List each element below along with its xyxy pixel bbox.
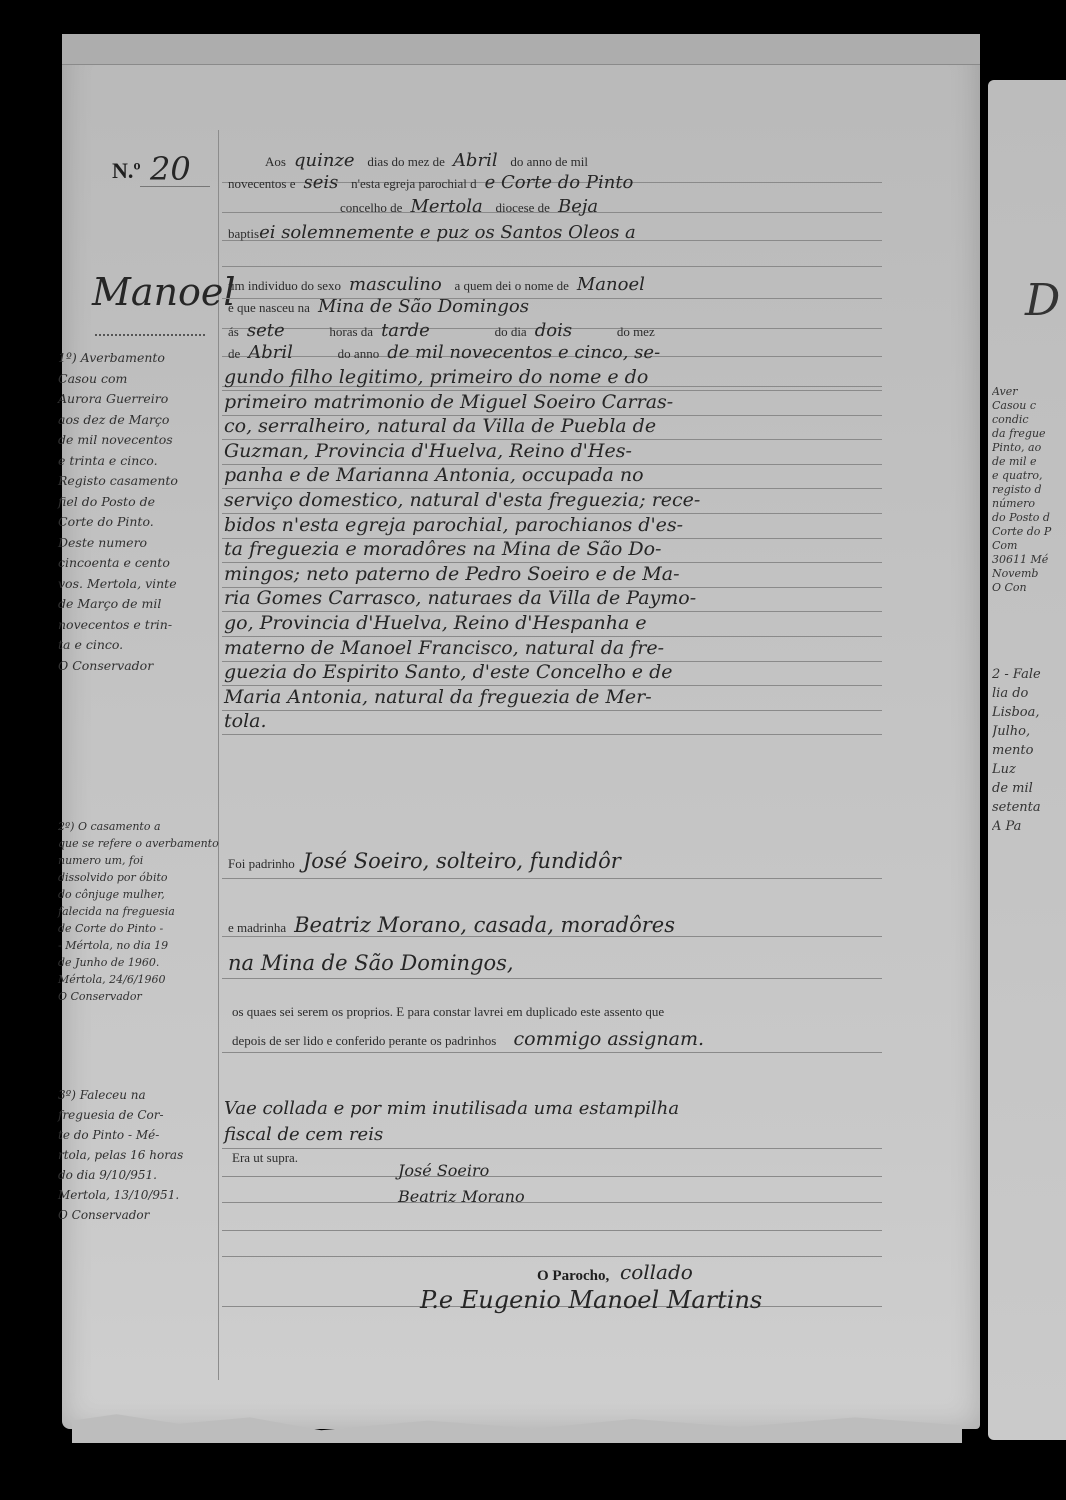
birth-day-field: dois — [527, 320, 612, 341]
margin-annotation-line: de mil novecentos — [58, 430, 223, 451]
handwritten-text: bidos n'esta egreja parochial, parochian… — [224, 514, 691, 536]
adjacent-page-note-a: Aver Casou c condic da fregue Pinto, ao … — [992, 385, 1066, 595]
stamp-note-text: fiscal de cem reis — [224, 1124, 391, 1145]
margin-annotation-line: de Junho de 1960. — [58, 954, 223, 971]
printed-label: diocese de — [495, 200, 550, 215]
municipality-field: Mertola — [402, 196, 490, 217]
margin-annotation-line: do dia 9/10/951. — [58, 1165, 223, 1185]
margin-annotation-line: dissolvido por óbito — [58, 869, 223, 886]
stamp-note-text: Vae collada e por mim inutilisada uma es… — [224, 1098, 687, 1119]
adjacent-page-header-letter: D — [1025, 275, 1060, 326]
margin-annotation-line: - Mértola, no dia 19 — [58, 937, 223, 954]
margin-annotation-line: aos dez de Março — [58, 410, 223, 431]
year-field: seis — [296, 172, 347, 193]
godmother-line-1: e madrinhaBeatriz Morano, casada, moradô… — [228, 914, 883, 939]
godfather-signature: José Soeiro — [398, 1158, 525, 1184]
handwritten-text: Guzman, Provincia d'Huelva, Reino d'Hes- — [224, 440, 640, 462]
printed-label: ás — [228, 324, 239, 339]
body-text-line: ria Gomes Carrasco, naturaes da Villa de… — [224, 587, 879, 610]
margin-annotation-line: e trinta e cinco. — [58, 451, 223, 472]
month-field: Abril — [445, 150, 506, 171]
body-text-line: mingos; neto paterno de Pedro Soeiro e d… — [224, 563, 879, 586]
adjacent-page-note-b: 2 - Fale lia do Lisboa, Julho, mento Luz… — [992, 665, 1066, 836]
body-text-line: gundo filho legitimo, primeiro do nome e… — [224, 366, 879, 389]
handwritten-text: primeiro matrimonio de Miguel Soeiro Car… — [224, 391, 681, 413]
form-line-8: deAbril do annode mil novecentos e cinco… — [228, 342, 883, 365]
margin-annotation-line: de Corte do Pinto - — [58, 920, 223, 937]
handwritten-text: Maria Antonia, natural da freguezia de M… — [224, 686, 660, 708]
margin-annotation-line: O Conservador — [58, 1205, 223, 1225]
printed-label: do mez — [617, 324, 655, 339]
handwritten-text: panha e de Marianna Antonia, occupada no — [224, 464, 652, 486]
godmother-line-2: na Mina de São Domingos, — [228, 952, 883, 976]
page-torn-edge — [72, 1411, 962, 1443]
margin-annotation-line: Deste numero — [58, 533, 223, 554]
handwritten-text: mingos; neto paterno de Pedro Soeiro e d… — [224, 563, 688, 585]
ruled-line — [222, 1148, 882, 1149]
printed-label: a quem dei o nome de — [454, 278, 568, 293]
parish-priest-signature: P.e Eugenio Manoel Martins — [420, 1286, 762, 1314]
margin-annotation-line: te do Pinto - Mé- — [58, 1125, 223, 1145]
stamp-note-1: Vae collada e por mim inutilisada uma es… — [224, 1098, 879, 1120]
printed-label: dias do mez de — [367, 154, 445, 169]
margin-annotation-line: Mértola, 24/6/1960 — [58, 971, 223, 988]
body-text-line: Guzman, Provincia d'Huelva, Reino d'Hes- — [224, 440, 879, 463]
printed-label: e que nasceu na — [228, 300, 310, 315]
birth-hour-field: sete — [239, 320, 325, 341]
margin-annotation-line: freguesia de Cor- — [58, 1105, 223, 1125]
baptism-statement: ei solemnemente e puz os Santos Oleos a — [259, 222, 644, 243]
ruled-line — [222, 1176, 882, 1177]
form-line-3: concelho deMertola diocese deBeja — [340, 196, 995, 219]
closing-printed-text: depois de ser lido e conferido perante o… — [232, 1033, 496, 1048]
ruled-line — [222, 1230, 882, 1231]
margin-annotation-line: 2º) O casamento a — [58, 818, 223, 835]
form-line-4: baptisei solemnemente e puz os Santos Ol… — [228, 222, 883, 245]
body-text-line: serviço domestico, natural d'esta fregue… — [224, 489, 879, 512]
printed-label: do anno — [338, 346, 380, 361]
margin-annotation-line: falecida na freguesia — [58, 903, 223, 920]
ruled-line — [222, 1052, 882, 1053]
form-line-7: ássete horas datarde do diadois do mez — [228, 320, 883, 343]
day-field: quinze — [286, 150, 363, 171]
body-text-line: co, serralheiro, natural da Villa de Pue… — [224, 415, 879, 438]
parish-priest-title: collado — [620, 1260, 693, 1284]
ruled-line — [222, 266, 882, 267]
margin-annotation-1: 1º) AverbamentoCasou comAurora Guerreiro… — [58, 348, 223, 676]
margin-annotation-line: 3º) Faleceu na — [58, 1085, 223, 1105]
godfather-label: Foi padrinho — [228, 856, 295, 871]
given-name-field: Manoel — [569, 274, 653, 295]
birth-year-field: de mil novecentos e cinco, se- — [379, 342, 668, 363]
parish-field: e Corte do Pinto — [477, 172, 642, 193]
signature-block: José Soeiro Beatriz Morano — [398, 1158, 525, 1210]
era-ut-supra: Era ut supra. — [232, 1150, 298, 1166]
handwritten-text: go, Provincia d'Huelva, Reino d'Hespanha… — [224, 612, 655, 634]
ruled-line — [222, 1202, 882, 1203]
closing-formula-1: os quaes sei serem os proprios. E para c… — [232, 1004, 664, 1020]
margin-annotation-line: rtola, pelas 16 horas — [58, 1145, 223, 1165]
margin-child-name: Manoel — [92, 270, 236, 314]
margin-annotation-line: de Março de mil — [58, 594, 223, 615]
margin-annotation-line: 1º) Averbamento — [58, 348, 223, 369]
form-line-1: Aosquinze dias do mez deAbril do anno de… — [265, 150, 920, 173]
margin-annotation-line: Aurora Guerreiro — [58, 389, 223, 410]
diocese-field: Beja — [550, 196, 606, 217]
body-text-line: bidos n'esta egreja parochial, parochian… — [224, 514, 879, 537]
form-line-2: novecentos eseis n'esta egreja parochial… — [228, 172, 883, 195]
stamp-note-2: fiscal de cem reis — [224, 1124, 879, 1146]
body-text-line: go, Provincia d'Huelva, Reino d'Hespanha… — [224, 612, 879, 635]
birthplace-field: Mina de São Domingos — [310, 296, 537, 317]
godfather-line: Foi padrinhoJosé Soeiro, solteiro, fundi… — [228, 850, 883, 875]
birth-month-field: Abril — [240, 342, 333, 363]
printed-label: n'esta egreja parochial d — [351, 176, 476, 191]
margin-annotation-line: Corte do Pinto. — [58, 512, 223, 533]
godfather-value: José Soeiro, solteiro, fundidôr — [295, 849, 629, 873]
margin-annotation-line: O Conservador — [58, 988, 223, 1005]
body-text-line: materno de Manoel Francisco, natural da … — [224, 637, 879, 660]
body-text-line: ta freguezia e moradôres na Mina de São … — [224, 538, 879, 561]
form-line-5: um individuo do sexomasculino a quem dei… — [228, 274, 883, 297]
body-text-line: Maria Antonia, natural da freguezia de M… — [224, 686, 879, 709]
margin-annotation-line: ta e cinco. — [58, 635, 223, 656]
printed-label: novecentos e — [228, 176, 296, 191]
printed-label: do dia — [495, 324, 527, 339]
printed-label: Aos — [265, 154, 286, 169]
body-text-line: tola. — [224, 710, 879, 733]
body-text-line: panha e de Marianna Antonia, occupada no — [224, 464, 879, 487]
margin-annotation-2: 2º) O casamento aque se refere o averbam… — [58, 818, 223, 1005]
margin-name-flourish — [95, 328, 205, 336]
handwritten-text: guezia do Espirito Santo, d'este Concelh… — [224, 661, 681, 683]
godmother-value: Beatriz Morano, casada, moradôres — [286, 913, 683, 937]
handwritten-text: ria Gomes Carrasco, naturaes da Villa de… — [224, 587, 704, 609]
time-of-day-field: tarde — [373, 320, 490, 341]
body-text-line: guezia do Espirito Santo, d'este Concelh… — [224, 661, 879, 684]
entry-number-label: N.º — [112, 158, 141, 184]
ruled-line — [222, 734, 882, 735]
handwritten-text: tola. — [224, 710, 275, 732]
form-line-6: e que nasceu naMina de São Domingos — [228, 296, 883, 319]
margin-annotation-line: fiel do Posto de — [58, 492, 223, 513]
margin-annotation-3: 3º) Faleceu nafreguesia de Cor-te do Pin… — [58, 1085, 223, 1225]
handwritten-text: ta freguezia e moradôres na Mina de São … — [224, 538, 669, 560]
closing-fill: commigo assignam. — [500, 1028, 705, 1050]
printed-label: do anno de mil — [510, 154, 588, 169]
margin-annotation-line: que se refere o averbamento — [58, 835, 223, 852]
margin-annotation-line: O Conservador — [58, 656, 223, 677]
handwritten-text: serviço domestico, natural d'esta fregue… — [224, 489, 708, 511]
godmother-label: e madrinha — [228, 920, 286, 935]
margin-annotation-line: numero um, foi — [58, 852, 223, 869]
godmother-residence: na Mina de São Domingos, — [228, 951, 522, 975]
margin-annotation-line: vos. Mertola, vinte — [58, 574, 223, 595]
margin-annotation-line: Casou com — [58, 369, 223, 390]
entry-number: 20 — [150, 150, 191, 188]
printed-label: horas da — [329, 324, 373, 339]
margin-annotation-line: cincoenta e cento — [58, 553, 223, 574]
margin-annotation-line: Mertola, 13/10/951. — [58, 1185, 223, 1205]
body-text-line: primeiro matrimonio de Miguel Soeiro Car… — [224, 391, 879, 414]
printed-label: um individuo do sexo — [228, 278, 341, 293]
printed-label: baptis — [228, 226, 259, 241]
handwritten-text: co, serralheiro, natural da Villa de Pue… — [224, 415, 664, 437]
margin-annotation-line: Registo casamento — [58, 471, 223, 492]
margin-annotation-line: novecentos e trin- — [58, 615, 223, 636]
margin-annotation-line: do cônjuge mulher, — [58, 886, 223, 903]
entry-number-underline — [140, 186, 210, 187]
godmother-signature: Beatriz Morano — [398, 1184, 525, 1210]
printed-label: concelho de — [340, 200, 402, 215]
ruled-line — [222, 978, 882, 979]
ruled-line — [222, 878, 882, 879]
page-top-fold — [62, 34, 980, 65]
sex-field: masculino — [341, 274, 450, 295]
handwritten-text: materno de Manoel Francisco, natural da … — [224, 637, 672, 659]
parish-priest-label: O Parocho, — [537, 1268, 609, 1285]
ruled-line — [222, 1256, 882, 1257]
printed-label: de — [228, 346, 240, 361]
closing-formula-2: depois de ser lido e conferido perante o… — [232, 1028, 704, 1050]
handwritten-text: gundo filho legitimo, primeiro do nome e… — [224, 366, 656, 388]
